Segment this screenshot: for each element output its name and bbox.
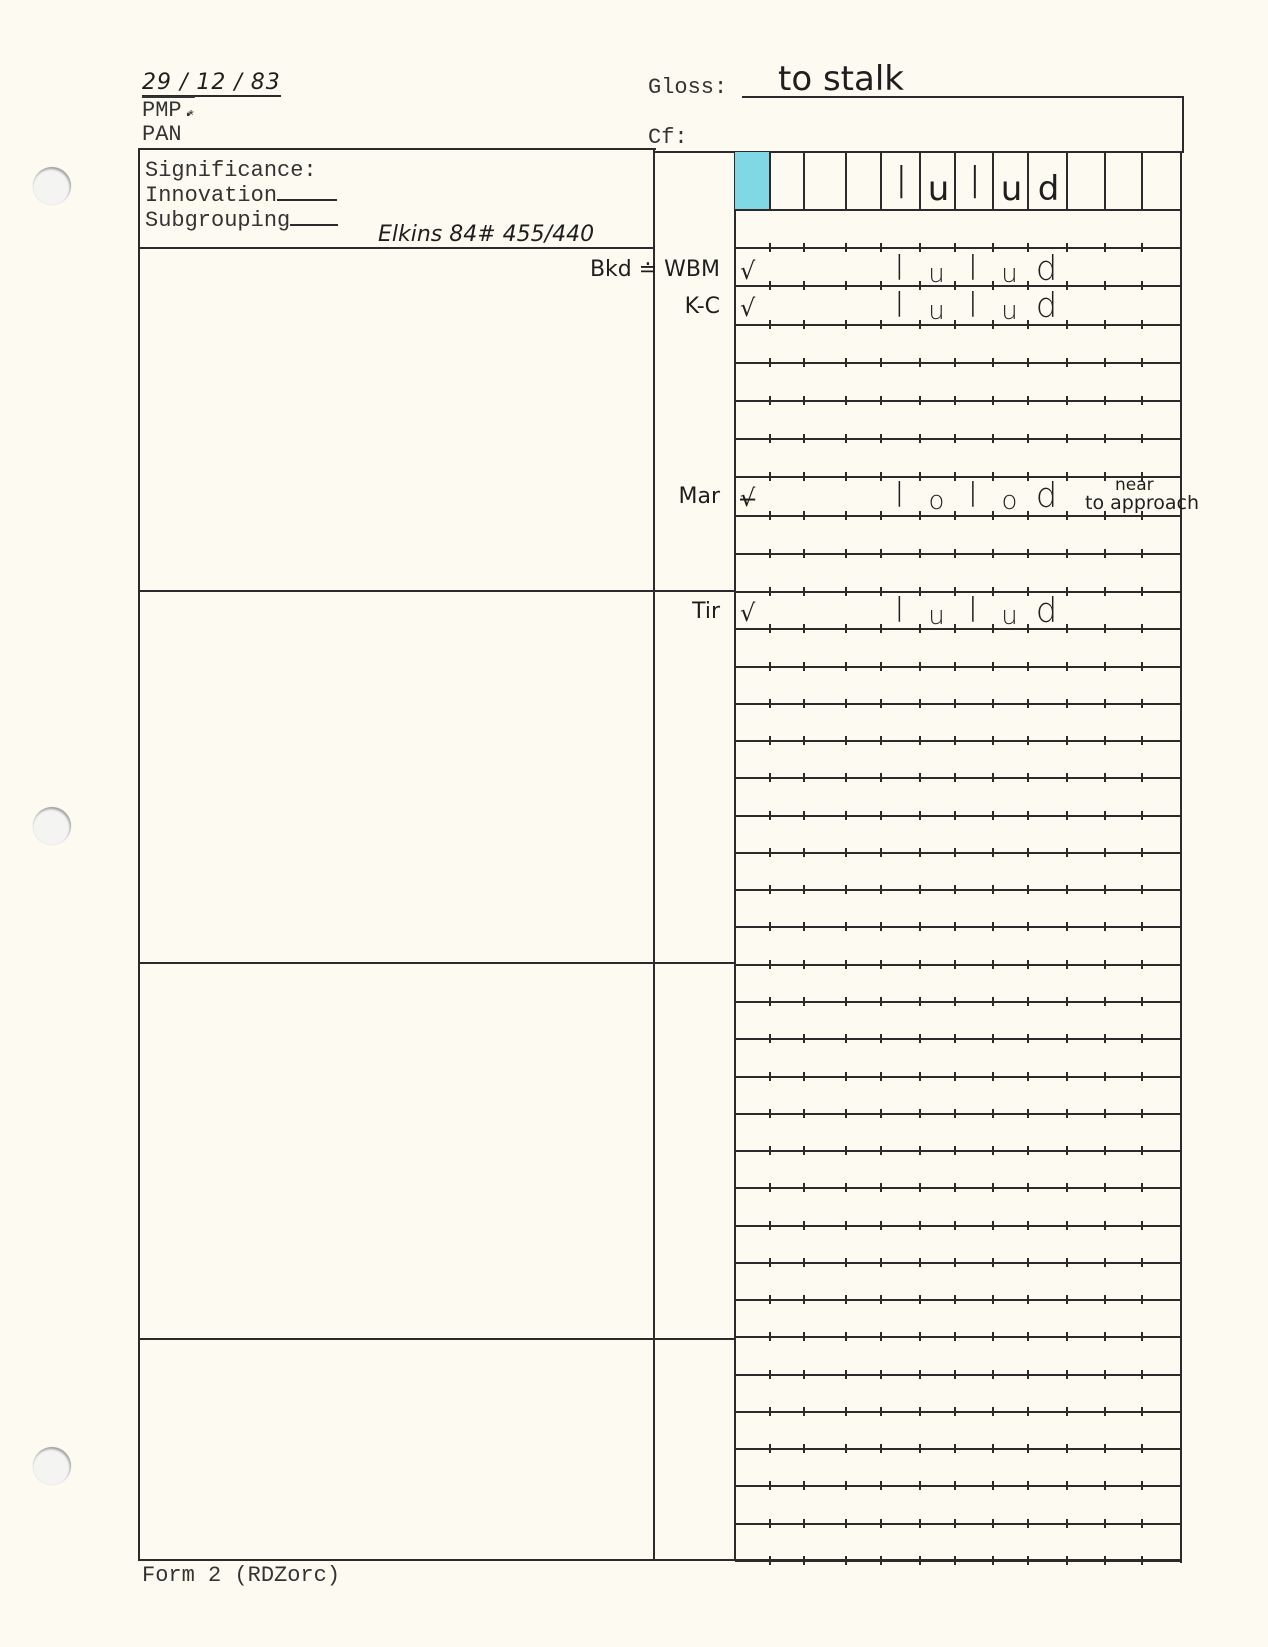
grid-tick [1027, 662, 1029, 671]
grid-tick [845, 736, 847, 745]
grid-tick [1104, 1109, 1106, 1118]
grid-tick [769, 587, 771, 596]
cognate-segment: d [1027, 476, 1066, 516]
grid-tick [1027, 1332, 1029, 1341]
grid-tick [1104, 1034, 1106, 1043]
grid-tick [919, 1034, 921, 1043]
grid-tick [1141, 1332, 1143, 1341]
grid-tick [845, 811, 847, 820]
grid-tick [954, 773, 956, 782]
cognate-segment: l [954, 476, 992, 516]
grid-tick [880, 736, 882, 745]
grid-tick [992, 1407, 994, 1416]
grid-row-line [735, 1038, 1181, 1040]
grid-tick [919, 1072, 921, 1081]
grid-tick [845, 1519, 847, 1528]
grid-tick [880, 549, 882, 558]
grid-tick [845, 885, 847, 894]
grid-tick [1066, 1407, 1068, 1416]
grid-tick [769, 396, 771, 405]
grid-tick [1104, 773, 1106, 782]
grid-tick [803, 511, 805, 520]
grid-tick [954, 1370, 956, 1379]
grid-tick [1027, 922, 1029, 931]
grid-tick [803, 1221, 805, 1230]
grid-tick [954, 1295, 956, 1304]
grid-tick [769, 320, 771, 329]
grid-tick [769, 1444, 771, 1453]
grid-tick [1104, 1407, 1106, 1416]
grid-tick [1104, 549, 1106, 558]
grid-tick [992, 243, 994, 252]
grid-tick [769, 885, 771, 894]
cognate-segment: u [919, 296, 954, 326]
grid-tick [992, 1332, 994, 1341]
grid-tick [1141, 587, 1143, 596]
grid-tick [1027, 997, 1029, 1006]
grid-tick [769, 699, 771, 708]
grid-tick [1066, 736, 1068, 745]
grid-tick [1141, 811, 1143, 820]
grid-tick [1104, 434, 1106, 443]
grid-tick [954, 736, 956, 745]
grid-row-line [735, 1560, 1181, 1562]
cognate-segment: l [954, 286, 992, 326]
grid-tick [1141, 960, 1143, 969]
grid-tick [1066, 472, 1068, 481]
grid-tick [954, 358, 956, 367]
grid-tick [769, 1146, 771, 1155]
grid-tick [845, 922, 847, 931]
grid-tick [954, 1481, 956, 1490]
grid-tick [1141, 1221, 1143, 1230]
grid-tick [1104, 811, 1106, 820]
grid-tick [1027, 1481, 1029, 1490]
cognate-segment: u [919, 259, 954, 289]
grid-row-line [735, 553, 1181, 555]
grid-tick [1066, 1332, 1068, 1341]
grid-tick [803, 1258, 805, 1267]
grid-tick [803, 1183, 805, 1192]
grid-tick [803, 960, 805, 969]
grid-tick [1027, 396, 1029, 405]
grid-tick [1066, 997, 1068, 1006]
grid-row-line [735, 1001, 1181, 1003]
grid-tick [880, 1109, 882, 1118]
grid-tick [1027, 1444, 1029, 1453]
grid-tick [845, 511, 847, 520]
grid-tick [919, 1407, 921, 1416]
grid-tick [992, 1519, 994, 1528]
grid-tick [769, 1183, 771, 1192]
cognate-segment: u [919, 601, 954, 631]
grid-tick [1027, 1258, 1029, 1267]
grid-row-line [735, 400, 1181, 402]
grid-tick [1027, 358, 1029, 367]
grid-tick [992, 773, 994, 782]
grid-tick [1027, 960, 1029, 969]
grid-tick [845, 1072, 847, 1081]
check-mark-icon: √ [740, 296, 755, 320]
grid-tick [1104, 1481, 1106, 1490]
grid-tick [1066, 281, 1068, 290]
grid-tick [1066, 1370, 1068, 1379]
gloss-note: to approach [1085, 494, 1199, 513]
grid-tick [1027, 699, 1029, 708]
grid-tick [845, 1444, 847, 1453]
grid-row-line [735, 1374, 1181, 1376]
grid-tick [1141, 434, 1143, 443]
grid-tick [954, 1519, 956, 1528]
grid-row-line [735, 1448, 1181, 1450]
grid-tick [1066, 1481, 1068, 1490]
grid-tick [1104, 736, 1106, 745]
grid-tick [1104, 358, 1106, 367]
grid-tick [1066, 1258, 1068, 1267]
grid-tick [845, 1146, 847, 1155]
grid-tick [1104, 320, 1106, 329]
grid-tick [1066, 358, 1068, 367]
check-mark-icon: √̶ [740, 486, 755, 510]
grid-tick [769, 997, 771, 1006]
grid-tick [769, 662, 771, 671]
grid-tick [1141, 1258, 1143, 1267]
grid-tick [845, 358, 847, 367]
grid-tick [1104, 1370, 1106, 1379]
grid-tick [845, 1370, 847, 1379]
grid-tick [880, 1519, 882, 1528]
grid-row-line [735, 666, 1181, 668]
grid-tick [1066, 811, 1068, 820]
language-label: Tir [692, 601, 720, 623]
grid-row-line [735, 815, 1181, 817]
grid-tick [1066, 1072, 1068, 1081]
grid-tick [769, 811, 771, 820]
grid-tick [880, 396, 882, 405]
grid-tick [954, 1034, 956, 1043]
check-mark-icon: √ [740, 601, 755, 625]
grid-tick [1141, 1183, 1143, 1192]
grid-tick [1104, 1146, 1106, 1155]
grid-tick [954, 922, 956, 931]
grid-tick [1141, 699, 1143, 708]
cognate-segment: l [880, 476, 919, 516]
grid-row-line [735, 740, 1181, 742]
grid-tick [1141, 281, 1143, 290]
grid-tick [1066, 243, 1068, 252]
grid-tick [880, 699, 882, 708]
grid-row-line [735, 1411, 1181, 1413]
grid-tick [992, 549, 994, 558]
grid-tick [1027, 736, 1029, 745]
grid-tick [880, 1556, 882, 1565]
grid-tick [880, 960, 882, 969]
grid-tick [954, 960, 956, 969]
grid-tick [880, 434, 882, 443]
language-label: K-C [685, 296, 720, 318]
grid-tick [769, 1221, 771, 1230]
grid-tick [1027, 1370, 1029, 1379]
grid-tick [919, 472, 921, 481]
grid-tick [880, 1407, 882, 1416]
grid-tick [992, 472, 994, 481]
grid-tick [880, 1034, 882, 1043]
grid-tick [769, 960, 771, 969]
grid-tick [954, 396, 956, 405]
grid-tick [954, 1146, 956, 1155]
grid-tick [1066, 1444, 1068, 1453]
grid-tick [992, 997, 994, 1006]
form-label: Form 2 (RDZorc) [142, 1565, 340, 1587]
grid-tick [803, 587, 805, 596]
grid-tick [1104, 885, 1106, 894]
grid-tick [992, 960, 994, 969]
grid-tick [769, 1258, 771, 1267]
grid-tick [1066, 699, 1068, 708]
grid-tick [992, 1481, 994, 1490]
grid-tick [769, 358, 771, 367]
grid-tick [919, 243, 921, 252]
grid-tick [919, 736, 921, 745]
grid-tick [1141, 1034, 1143, 1043]
grid-tick [1104, 1519, 1106, 1528]
grid-tick [1027, 434, 1029, 443]
grid-tick [1141, 773, 1143, 782]
grid-tick [845, 1034, 847, 1043]
grid-row-line [735, 703, 1181, 705]
grid-tick [845, 699, 847, 708]
grid-tick [1027, 1146, 1029, 1155]
grid-tick [845, 320, 847, 329]
cognate-segment: u [992, 296, 1027, 326]
grid-tick [919, 549, 921, 558]
grid-tick [992, 885, 994, 894]
grid-row-line [735, 1150, 1181, 1152]
grid-tick [803, 1407, 805, 1416]
grid-tick [954, 1221, 956, 1230]
grid-tick [769, 1370, 771, 1379]
grid-tick [1104, 1444, 1106, 1453]
grid-tick [1027, 1556, 1029, 1565]
grid-row-line [735, 1076, 1181, 1078]
grid-tick [803, 1556, 805, 1565]
grid-tick [1066, 320, 1068, 329]
grid-tick [919, 997, 921, 1006]
grid-tick [919, 811, 921, 820]
grid-tick [1104, 1183, 1106, 1192]
grid-tick [803, 549, 805, 558]
grid-tick [845, 1295, 847, 1304]
grid-tick [880, 1295, 882, 1304]
grid-tick [1104, 624, 1106, 633]
grid-tick [1066, 1221, 1068, 1230]
grid-tick [880, 1183, 882, 1192]
language-label: Mar [678, 486, 720, 508]
grid-tick [919, 922, 921, 931]
grid-tick [845, 1407, 847, 1416]
grid-tick [919, 848, 921, 857]
grid-tick [845, 848, 847, 857]
grid-tick [1104, 1295, 1106, 1304]
grid-tick [954, 885, 956, 894]
grid-tick [769, 1072, 771, 1081]
grid-tick [1104, 997, 1106, 1006]
grid-tick [845, 773, 847, 782]
grid-tick [919, 1444, 921, 1453]
grid-tick [1104, 922, 1106, 931]
grid-tick [845, 1258, 847, 1267]
cognate-segment: l [954, 249, 992, 289]
grid-tick [1141, 624, 1143, 633]
cognate-segment: l [880, 591, 919, 631]
grid-row-line [735, 1485, 1181, 1487]
grid-tick [845, 1481, 847, 1490]
grid-tick [919, 773, 921, 782]
grid-tick [919, 1109, 921, 1118]
grid-tick [919, 434, 921, 443]
grid-tick [919, 1370, 921, 1379]
grid-tick [880, 662, 882, 671]
grid-tick [1066, 396, 1068, 405]
grid-tick [803, 1109, 805, 1118]
grid-tick [919, 885, 921, 894]
grid-tick [845, 549, 847, 558]
grid-tick [803, 736, 805, 745]
grid-tick [992, 1295, 994, 1304]
grid-tick [1027, 1109, 1029, 1118]
grid-tick [1104, 1556, 1106, 1565]
cognate-segment: u [992, 601, 1027, 631]
grid-tick [1104, 587, 1106, 596]
grid-tick [919, 1258, 921, 1267]
grid-tick [1141, 922, 1143, 931]
grid-tick [954, 1258, 956, 1267]
grid-tick [1066, 922, 1068, 931]
grid-tick [992, 1146, 994, 1155]
grid-tick [1104, 699, 1106, 708]
grid-tick [992, 1034, 994, 1043]
grid-tick [1141, 1370, 1143, 1379]
grid-tick [1141, 243, 1143, 252]
grid-tick [769, 1481, 771, 1490]
grid-tick [803, 243, 805, 252]
grid-tick [803, 1481, 805, 1490]
grid-tick [992, 1444, 994, 1453]
grid-tick [919, 1519, 921, 1528]
grid-tick [803, 1444, 805, 1453]
grid-tick [992, 736, 994, 745]
grid-row-line [735, 209, 1181, 211]
grid-tick [769, 511, 771, 520]
grid-tick [1104, 960, 1106, 969]
grid-tick [803, 624, 805, 633]
grid-tick [954, 434, 956, 443]
grid-tick [769, 1556, 771, 1565]
grid-tick [769, 472, 771, 481]
grid-tick [1141, 997, 1143, 1006]
grid-tick [880, 1146, 882, 1155]
grid-tick [1104, 1072, 1106, 1081]
grid-tick [1027, 1519, 1029, 1528]
grid-tick [845, 434, 847, 443]
grid-tick [954, 662, 956, 671]
grid-tick [919, 587, 921, 596]
grid-tick [1104, 472, 1106, 481]
grid-tick [1027, 848, 1029, 857]
grid-tick [803, 1295, 805, 1304]
cognate-segment: o [992, 486, 1027, 516]
grid-tick [919, 662, 921, 671]
grid-tick [1141, 1519, 1143, 1528]
grid-tick [992, 922, 994, 931]
grid-tick [919, 1332, 921, 1341]
grid-tick [769, 281, 771, 290]
cognate-segment: l [880, 249, 919, 289]
grid-tick [803, 811, 805, 820]
grid-tick [880, 358, 882, 367]
grid-tick [803, 472, 805, 481]
grid-tick [769, 624, 771, 633]
grid-tick [769, 549, 771, 558]
grid-tick [919, 1183, 921, 1192]
grid-row-line [735, 438, 1181, 440]
grid-row-line [735, 926, 1181, 928]
grid-tick [803, 1370, 805, 1379]
grid-tick [1066, 1146, 1068, 1155]
grid-tick [1066, 434, 1068, 443]
grid-tick [1027, 1072, 1029, 1081]
grid-tick [845, 1109, 847, 1118]
grid-tick [1141, 1072, 1143, 1081]
grid-tick [1066, 1034, 1068, 1043]
grid-tick [1066, 662, 1068, 671]
grid-tick [880, 885, 882, 894]
grid-tick [1141, 848, 1143, 857]
grid-tick [919, 1481, 921, 1490]
grid-tick [1066, 885, 1068, 894]
grid-tick [880, 922, 882, 931]
grid-tick [992, 1221, 994, 1230]
grid-tick [1104, 662, 1106, 671]
check-mark-icon: √ [740, 259, 755, 283]
grid-tick [1066, 624, 1068, 633]
grid-tick [954, 811, 956, 820]
grid-tick [880, 1370, 882, 1379]
grid-tick [803, 773, 805, 782]
grid-tick [845, 960, 847, 969]
grid-tick [845, 1332, 847, 1341]
cognate-segment: l [954, 591, 992, 631]
grid-row-line [735, 777, 1181, 779]
grid-tick [803, 434, 805, 443]
grid-tick [919, 1295, 921, 1304]
grid-row-line [735, 1262, 1181, 1264]
grid-tick [992, 848, 994, 857]
grid-tick [1104, 243, 1106, 252]
grid-tick [769, 434, 771, 443]
grid-tick [954, 1556, 956, 1565]
grid-tick [954, 848, 956, 857]
grid-tick [992, 662, 994, 671]
grid-tick [803, 320, 805, 329]
grid-tick [992, 587, 994, 596]
grid-tick [1066, 549, 1068, 558]
cognate-grid [0, 0, 1268, 1647]
grid-tick [1066, 1556, 1068, 1565]
grid-tick [803, 662, 805, 671]
grid-tick [1027, 1295, 1029, 1304]
grid-tick [803, 885, 805, 894]
